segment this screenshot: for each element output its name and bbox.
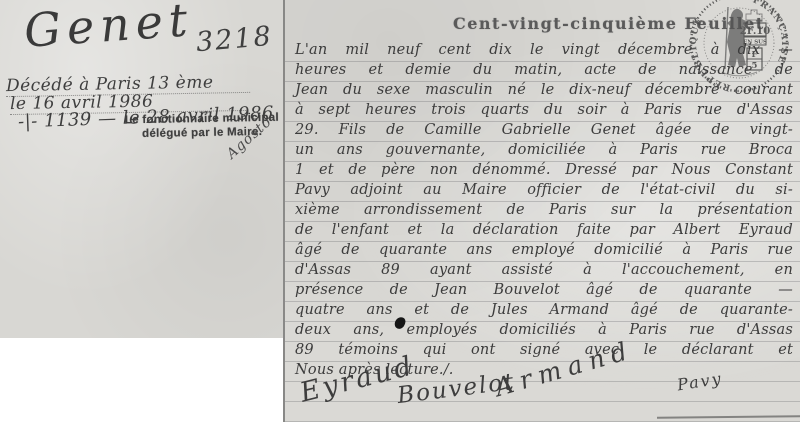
act-line: un ans gouvernante, domiciliée à Paris r…: [295, 140, 793, 160]
surname-handwritten: Genet: [22, 0, 195, 58]
act-line: de l'enfant et la déclaration faite par …: [295, 220, 793, 240]
act-line: à sept heures trois quarts du soir à Par…: [295, 100, 793, 120]
act-line: Jean du sexe masculin né le dix-neuf déc…: [295, 80, 793, 100]
act-line: âgé de quarante ans employé domicilié à …: [295, 240, 793, 260]
act-line: L'an mil neuf cent dix le vingt décembre…: [295, 40, 793, 60]
page-bottom-rule: [657, 415, 800, 419]
birth-act-text: L'an mil neuf cent dix le vingt décembre…: [295, 40, 793, 380]
act-line: deux ans, employés domiciliés à Paris ru…: [295, 320, 793, 340]
act-line: heures et demie du matin, acte de naissa…: [295, 60, 793, 80]
margin-strip: Genet 3218 Décédé à Paris 13 ème le 16 a…: [0, 0, 283, 338]
act-line: d'Assas 89 ayant assisté à l'accouchemen…: [295, 260, 793, 280]
act-line: 29. Fils de Camille Gabrielle Genet âgée…: [295, 120, 793, 140]
register-scan: Genet 3218 Décédé à Paris 13 ème le 16 a…: [0, 0, 800, 422]
act-number: 3218: [195, 21, 274, 59]
act-line: 89 témoins qui ont signé avec le déclara…: [295, 340, 793, 360]
act-line: quatre ans et de Jules Armand âgé de qua…: [295, 300, 793, 320]
act-line: présence de Jean Bouvelot âgé de quarant…: [295, 280, 793, 300]
act-line: 1 et de père non dénommé. Dressé par Nou…: [295, 160, 793, 180]
act-line: Pavy adjoint au Maire officier de l'état…: [295, 180, 793, 200]
stamp-value-main: 2F.10: [740, 26, 770, 37]
register-page: Cent-vingt-cinquième Feuillet RÉPUBLIQUE…: [283, 0, 800, 422]
act-line: xième arrondissement de Paris sur la pré…: [295, 200, 793, 220]
